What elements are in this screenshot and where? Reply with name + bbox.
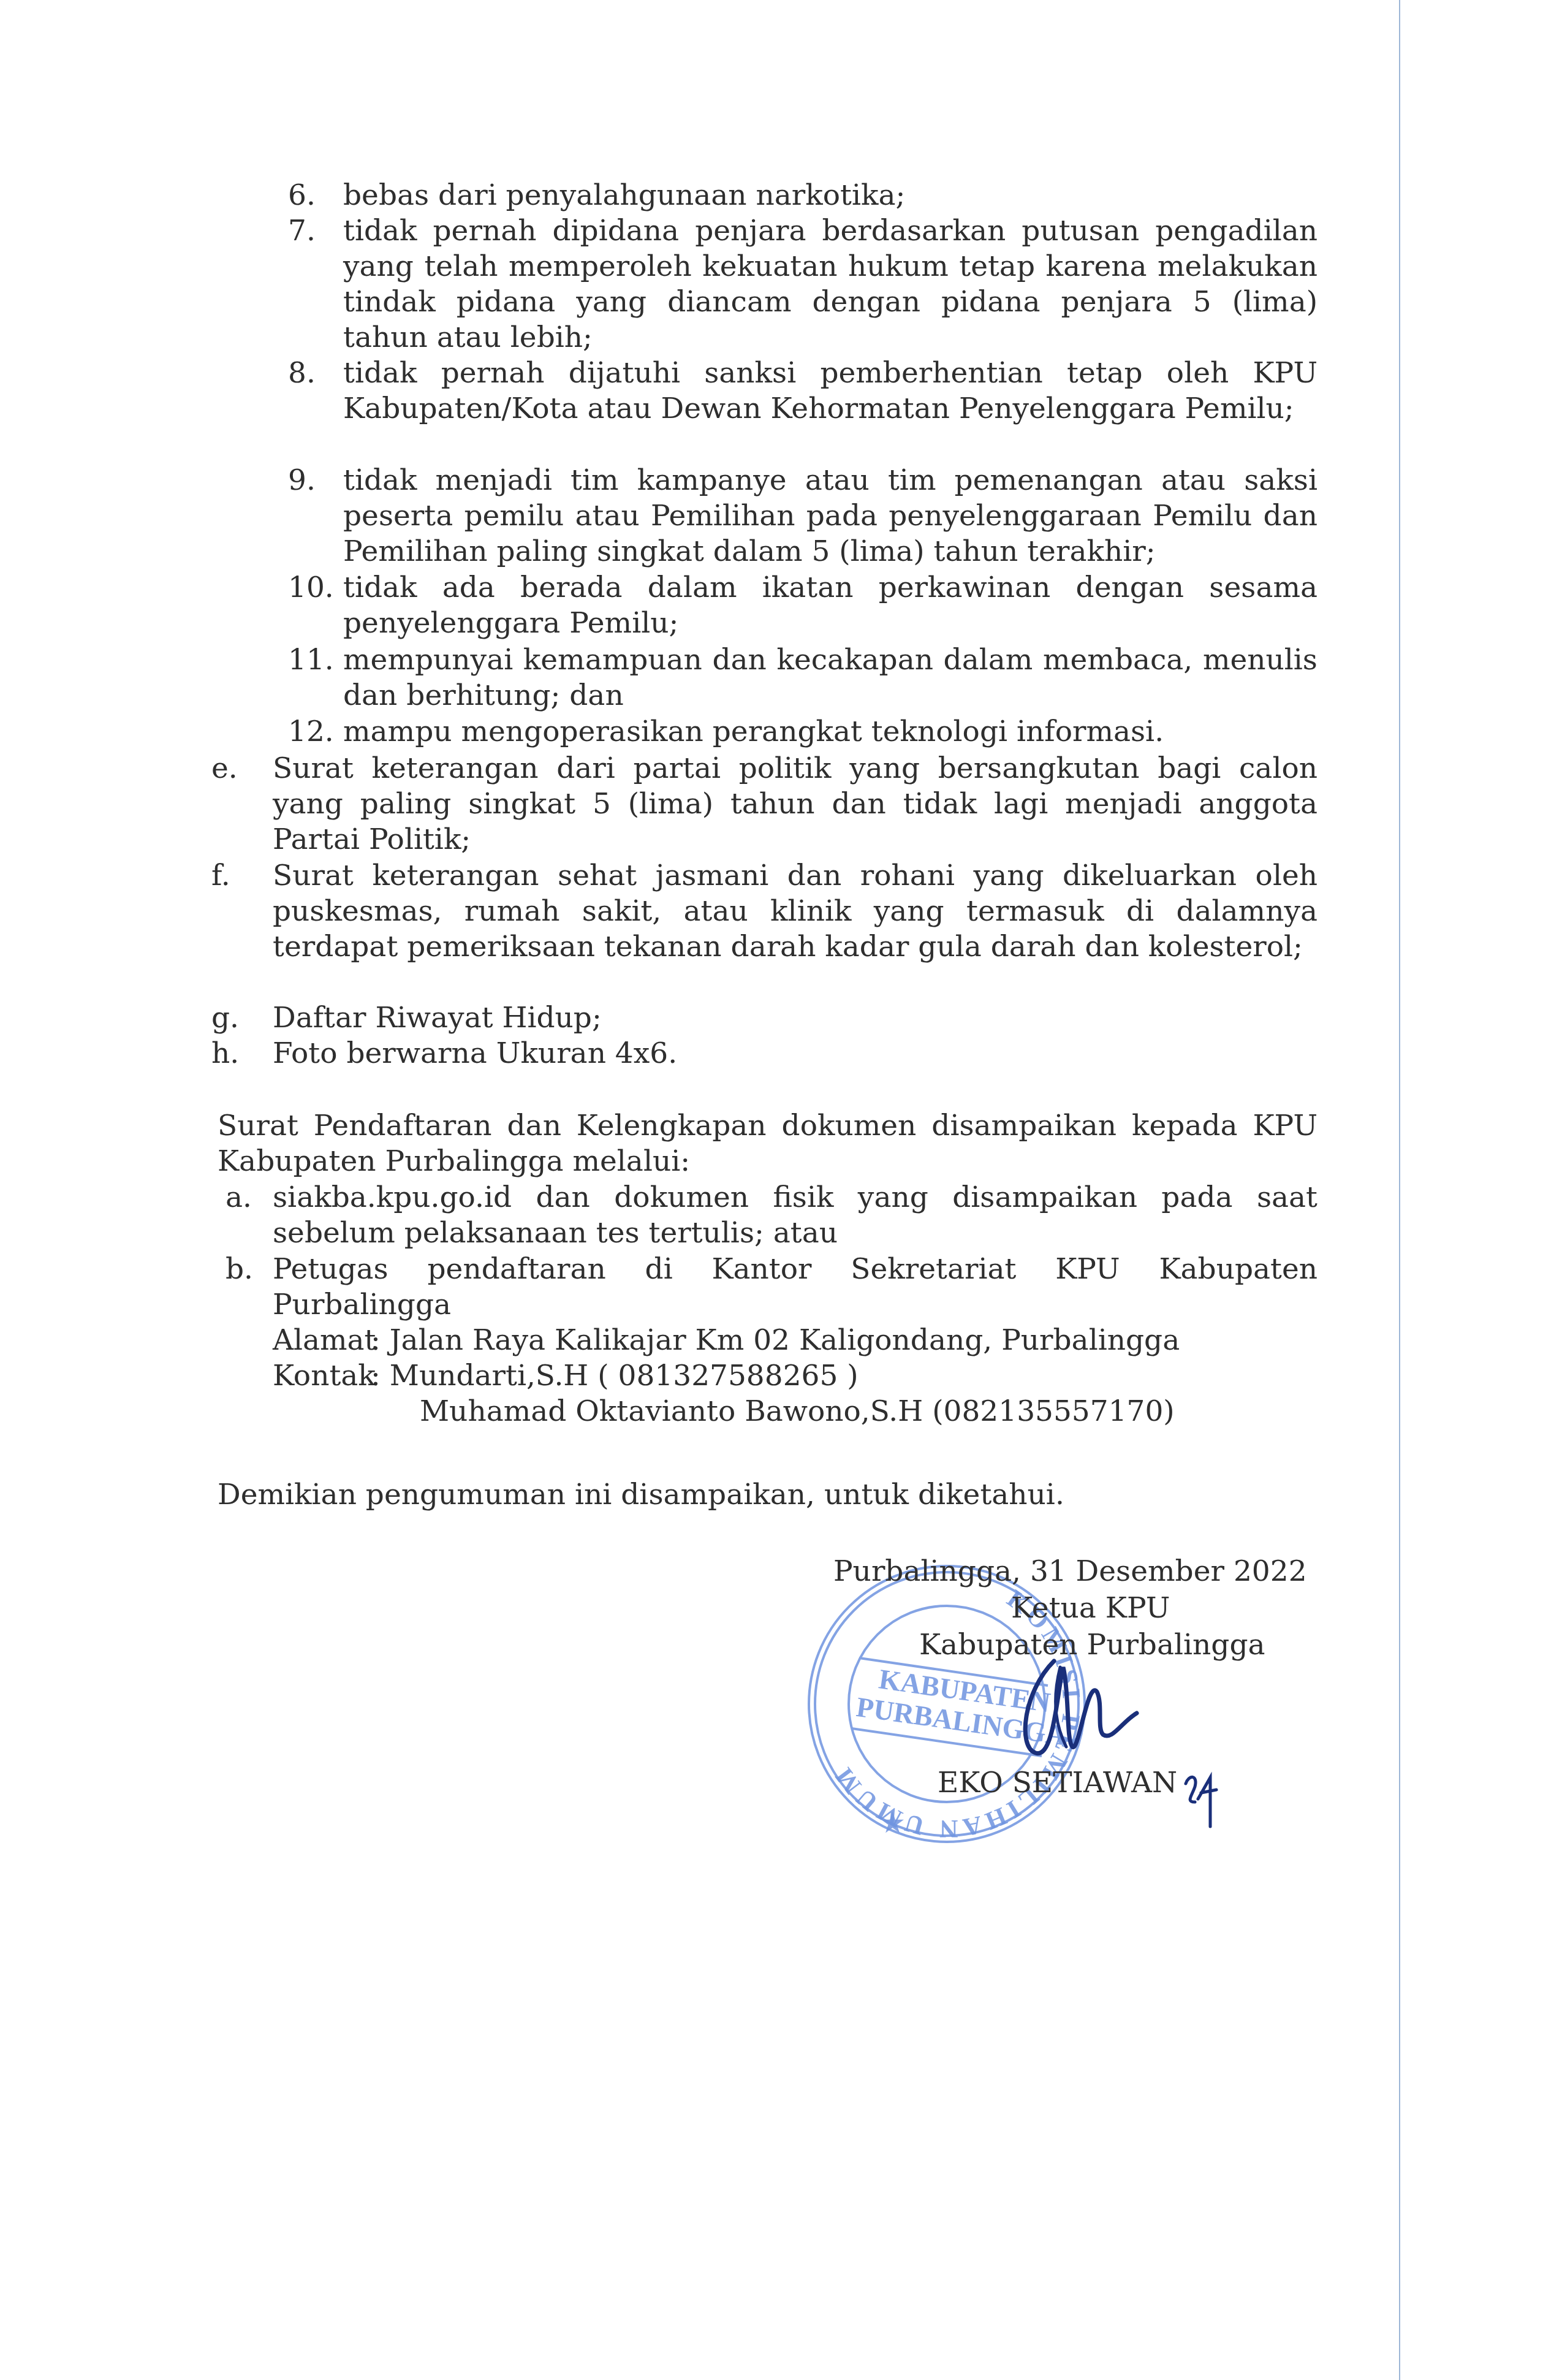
contact-primary: : Mundarti,S.H ( 081327588265 ) [371, 1358, 859, 1394]
item-letter: e. [211, 751, 238, 786]
item-text: mampu mengoperasikan perangkat teknologi… [343, 714, 1317, 750]
signatory-position: Ketua KPU [1011, 1591, 1170, 1626]
item-text: Daftar Riwayat Hidup; [273, 1000, 1317, 1036]
item-letter: h. [211, 1036, 239, 1071]
item-number: 8. [288, 355, 316, 391]
signatory-name: EKO SETIAWAN [938, 1765, 1177, 1801]
item-text: Surat keterangan dari partai politik yan… [273, 751, 1317, 857]
contact-secondary: Muhamad Oktavianto Bawono,S.H (082135557… [420, 1394, 1175, 1429]
item-text: tidak pernah dijatuhi sanksi pemberhenti… [343, 355, 1317, 427]
item-number: 6. [288, 178, 316, 213]
submission-intro: Surat Pendaftaran dan Kelengkapan dokume… [218, 1108, 1317, 1179]
star-icon: ★ [879, 1806, 906, 1840]
item-text: Foto berwarna Ukuran 4x6. [273, 1036, 1317, 1071]
contact-label: Kontak [273, 1358, 376, 1394]
option-text: Petugas pendaftaran di Kantor Sekretaria… [273, 1252, 1317, 1323]
item-number: 9. [288, 463, 316, 498]
item-text: bebas dari penyalahgunaan narkotika; [343, 178, 1317, 213]
item-number: 10. [288, 570, 334, 606]
item-text: tidak ada berada dalam ikatan perkawinan… [343, 570, 1317, 641]
address-label: Alamat [273, 1323, 376, 1358]
option-letter: b. [226, 1252, 253, 1287]
option-letter: a. [226, 1180, 252, 1215]
item-text: tidak pernah dipidana penjara berdasarka… [343, 213, 1317, 355]
closing-statement: Demikian pengumuman ini disampaikan, unt… [218, 1477, 1064, 1513]
item-number: 11. [288, 642, 334, 678]
item-letter: g. [211, 1000, 239, 1036]
initial-mark [1183, 1765, 1219, 1833]
document-page: 6. bebas dari penyalahgunaan narkotika; … [0, 0, 1543, 2380]
item-letter: f. [211, 858, 230, 894]
option-text: siakba.kpu.go.id dan dokumen fisik yang … [273, 1180, 1317, 1251]
item-text: Surat keterangan sehat jasmani dan rohan… [273, 858, 1317, 965]
item-text: tidak menjadi tim kampanye atau tim peme… [343, 463, 1317, 569]
handwritten-signature [1011, 1655, 1170, 1777]
item-text: mempunyai kemampuan dan kecakapan dalam … [343, 642, 1317, 713]
item-number: 12. [288, 714, 334, 750]
place-date: Purbalingga, 31 Desember 2022 [833, 1554, 1307, 1589]
item-number: 7. [288, 213, 316, 249]
address-value: : Jalan Raya Kalikajar Km 02 Kaligondang… [371, 1323, 1180, 1358]
